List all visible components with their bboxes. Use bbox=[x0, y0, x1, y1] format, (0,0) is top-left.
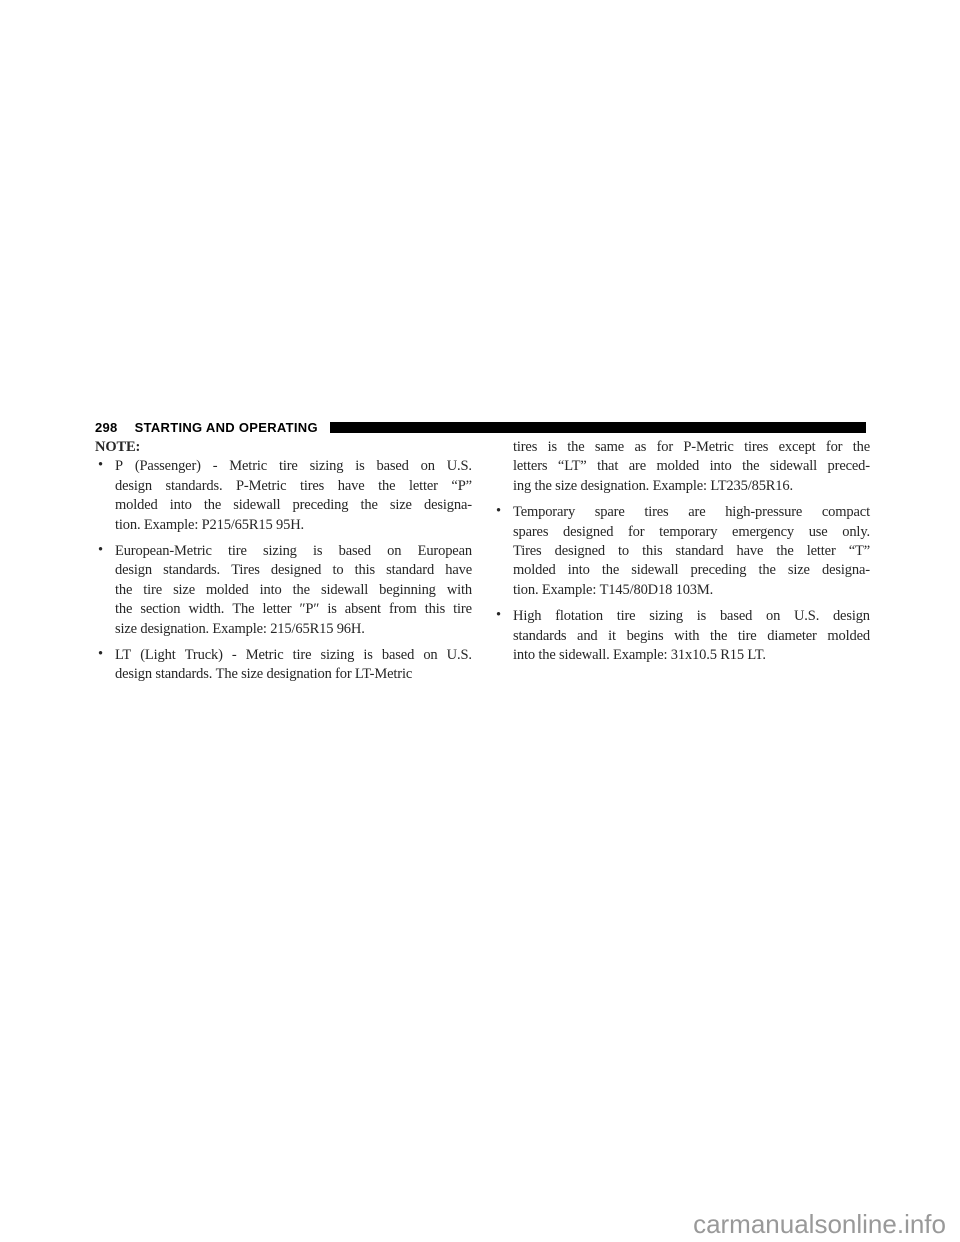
word: tires bbox=[513, 438, 537, 457]
text-line: tiresisthesameasforP-Metrictiresexceptfo… bbox=[513, 438, 870, 457]
word: preceding bbox=[691, 561, 747, 580]
word: into bbox=[260, 581, 282, 600]
word: - bbox=[213, 457, 218, 476]
word: 103M. bbox=[676, 581, 714, 600]
word: size bbox=[788, 561, 810, 580]
paragraph: tiresisthesameasforP-Metrictiresexceptfo… bbox=[493, 438, 870, 496]
text-columns: NOTE:•P(Passenger)-Metrictiresizingisbas… bbox=[95, 438, 870, 685]
word: with bbox=[447, 581, 472, 600]
word: “LT” bbox=[558, 457, 587, 476]
text-line: thesectionwidth.Theletter″P″isabsentfrom… bbox=[115, 600, 472, 619]
word: standard bbox=[386, 561, 434, 580]
word: molded bbox=[657, 457, 700, 476]
word: size bbox=[173, 581, 195, 600]
word: preced- bbox=[828, 457, 870, 476]
word: are bbox=[629, 457, 646, 476]
bullet-item: •Temporarysparetiresarehigh-pressurecomp… bbox=[493, 503, 870, 600]
word: Tires bbox=[231, 561, 260, 580]
word: letters bbox=[513, 457, 547, 476]
word: designation. bbox=[140, 620, 209, 639]
word: letter bbox=[263, 600, 292, 619]
word: this bbox=[355, 561, 375, 580]
word: have bbox=[445, 561, 472, 580]
word: sidewall. bbox=[559, 646, 610, 665]
text-line: moldedintothesidewallprecedingthesizedes… bbox=[513, 561, 870, 580]
word: tire bbox=[143, 581, 162, 600]
word: tion. bbox=[115, 516, 140, 535]
word: size bbox=[115, 620, 137, 639]
word: on bbox=[421, 457, 435, 476]
word: the bbox=[853, 438, 870, 457]
word: standards. bbox=[166, 477, 223, 496]
word: sidewall bbox=[631, 561, 678, 580]
word: is bbox=[313, 542, 322, 561]
word: to bbox=[618, 542, 629, 561]
word: Example: bbox=[212, 620, 266, 639]
word: Metric bbox=[229, 457, 267, 476]
word: sizing bbox=[321, 646, 355, 665]
word: with bbox=[674, 627, 699, 646]
bullet-icon: • bbox=[496, 606, 501, 625]
watermark-text: carmanualsonline.info bbox=[693, 1209, 946, 1240]
word: (Passenger) bbox=[135, 457, 201, 476]
word: molded bbox=[115, 496, 158, 515]
bullet-item: •P(Passenger)-MetrictiresizingisbasedonU… bbox=[95, 457, 472, 535]
word: design bbox=[833, 607, 870, 626]
word: sizing bbox=[649, 607, 683, 626]
word: this bbox=[642, 542, 662, 561]
word: design bbox=[115, 665, 152, 684]
bullet-icon: • bbox=[98, 456, 103, 475]
word: Tires bbox=[513, 542, 542, 561]
text-line: Temporarysparetiresarehigh-pressurecompa… bbox=[513, 503, 870, 522]
bullet-icon: • bbox=[98, 541, 103, 560]
word: it bbox=[608, 627, 616, 646]
word: tion. bbox=[513, 581, 538, 600]
word: the bbox=[204, 496, 221, 515]
left-column: NOTE:•P(Passenger)-Metrictiresizingisbas… bbox=[95, 438, 472, 685]
word: Truck) bbox=[185, 646, 223, 665]
word: tire bbox=[453, 600, 472, 619]
word: tire bbox=[738, 627, 757, 646]
text-line: designstandards.Tiresdesignedtothisstand… bbox=[115, 561, 472, 580]
word: R15 bbox=[720, 646, 744, 665]
word: P-Metric bbox=[236, 477, 286, 496]
word: the bbox=[602, 561, 619, 580]
word: sidewall bbox=[233, 496, 280, 515]
word: designation. bbox=[580, 477, 649, 496]
word: “P” bbox=[451, 477, 472, 496]
word: design bbox=[115, 561, 152, 580]
word: designed bbox=[271, 561, 321, 580]
word: for bbox=[628, 523, 644, 542]
word: the bbox=[567, 438, 584, 457]
word: tire bbox=[293, 646, 312, 665]
right-column: tiresisthesameasforP-Metrictiresexceptfo… bbox=[493, 438, 870, 685]
word: designa- bbox=[424, 496, 472, 515]
word: preceding bbox=[293, 496, 349, 515]
word: Example: bbox=[653, 477, 707, 496]
text-line: thetiresizemoldedintothesidewallbeginnin… bbox=[115, 581, 472, 600]
word: is bbox=[363, 646, 372, 665]
word: designa- bbox=[822, 561, 870, 580]
word: that bbox=[597, 457, 618, 476]
word: beginning bbox=[379, 581, 436, 600]
word: Example: bbox=[144, 516, 198, 535]
word: for bbox=[335, 665, 351, 684]
word: Temporary bbox=[513, 503, 575, 522]
word: sidewall bbox=[770, 457, 817, 476]
word: the bbox=[538, 646, 555, 665]
text-line: ingthesizedesignation.Example:LT235/85R1… bbox=[513, 477, 870, 496]
word: based bbox=[382, 646, 414, 665]
text-line: letters“LT”thataremoldedintothesidewallp… bbox=[513, 457, 870, 476]
word: spare bbox=[595, 503, 625, 522]
word: have bbox=[338, 477, 365, 496]
word: to bbox=[332, 561, 343, 580]
word: sizing bbox=[310, 457, 344, 476]
text-line: designstandards.ThesizedesignationforLT-… bbox=[115, 665, 472, 684]
word: the bbox=[776, 542, 793, 561]
word: Example: bbox=[542, 581, 596, 600]
page-header: 298 STARTING AND OPERATING bbox=[95, 420, 866, 435]
word: T145/80D18 bbox=[600, 581, 673, 600]
text-line: intothesidewall.Example:31x10.5R15LT. bbox=[513, 646, 870, 665]
word: P-Metric bbox=[683, 438, 733, 457]
word: ing bbox=[513, 477, 531, 496]
word: Metric bbox=[246, 646, 284, 665]
text-line: NOTE: bbox=[95, 438, 472, 457]
word: into bbox=[568, 561, 590, 580]
word: The bbox=[232, 600, 254, 619]
word: for bbox=[826, 438, 842, 457]
word: European bbox=[418, 542, 472, 561]
text-line: LT(LightTruck)-Metrictiresizingisbasedon… bbox=[115, 646, 472, 665]
word: is bbox=[548, 438, 557, 457]
bullet-icon: • bbox=[98, 645, 103, 664]
word: width. bbox=[188, 600, 224, 619]
word: (Light bbox=[140, 646, 175, 665]
word: tires bbox=[744, 438, 768, 457]
word: for bbox=[657, 438, 673, 457]
note-label: NOTE: bbox=[95, 438, 472, 457]
word: have bbox=[737, 542, 764, 561]
word: design bbox=[115, 477, 152, 496]
word: U.S. bbox=[794, 607, 819, 626]
word: LT bbox=[115, 646, 131, 665]
word: tires bbox=[644, 503, 668, 522]
word: based bbox=[720, 607, 752, 626]
word: sidewall bbox=[321, 581, 368, 600]
word: the bbox=[758, 561, 775, 580]
word: on bbox=[766, 607, 780, 626]
word: P215/65R15 bbox=[202, 516, 273, 535]
word: the bbox=[115, 600, 132, 619]
word: only. bbox=[842, 523, 870, 542]
bullet-icon: • bbox=[496, 502, 501, 521]
word: into bbox=[170, 496, 192, 515]
text-line: standardsanditbeginswiththetirediameterm… bbox=[513, 627, 870, 646]
bullet-item: •LT(LightTruck)-Metrictiresizingisbasedo… bbox=[95, 646, 472, 685]
text-line: Tiresdesignedtothisstandardhavetheletter… bbox=[513, 542, 870, 561]
word: designed bbox=[555, 542, 605, 561]
word: letter bbox=[807, 542, 836, 561]
word: molded bbox=[827, 627, 870, 646]
word: molded bbox=[513, 561, 556, 580]
word: this bbox=[425, 600, 445, 619]
word: size bbox=[555, 477, 577, 496]
word: begins bbox=[627, 627, 664, 646]
word: P bbox=[115, 457, 123, 476]
word: designation bbox=[266, 665, 331, 684]
word: standard bbox=[676, 542, 724, 561]
word: letter bbox=[409, 477, 438, 496]
text-line: HighflotationtiresizingisbasedonU.S.desi… bbox=[513, 607, 870, 626]
word: NOTE: bbox=[95, 438, 140, 457]
word: is bbox=[327, 600, 336, 619]
word: European-Metric bbox=[115, 542, 212, 561]
text-line: moldedintothesidewallprecedingthesizedes… bbox=[115, 496, 472, 515]
word: U.S. bbox=[447, 646, 472, 665]
word: diameter bbox=[767, 627, 817, 646]
word: 31x10.5 bbox=[671, 646, 717, 665]
word: absent bbox=[345, 600, 381, 619]
word: on bbox=[387, 542, 401, 561]
word: use bbox=[809, 523, 828, 542]
word: and bbox=[577, 627, 598, 646]
word: from bbox=[389, 600, 417, 619]
word: designed bbox=[563, 523, 613, 542]
word: High bbox=[513, 607, 541, 626]
word: the bbox=[293, 581, 310, 600]
word: size bbox=[241, 665, 263, 684]
word: into bbox=[710, 457, 732, 476]
word: standards. bbox=[155, 665, 212, 684]
word: flotation bbox=[555, 607, 603, 626]
word: LT235/85R16. bbox=[710, 477, 793, 496]
word: tire bbox=[228, 542, 247, 561]
section-title: STARTING AND OPERATING bbox=[135, 420, 318, 435]
word: based bbox=[339, 542, 371, 561]
text-line: sparesdesignedfortemporaryemergencyuseon… bbox=[513, 523, 870, 542]
text-line: P(Passenger)-MetrictiresizingisbasedonU.… bbox=[115, 457, 472, 476]
word: the bbox=[360, 496, 377, 515]
text-line: tion.Example:P215/65R1595H. bbox=[115, 516, 472, 535]
word: are bbox=[688, 503, 705, 522]
bullet-item: •HighflotationtiresizingisbasedonU.S.des… bbox=[493, 607, 870, 665]
word: compact bbox=[822, 503, 870, 522]
word: molded bbox=[206, 581, 249, 600]
text-line: European-MetrictiresizingisbasedonEurope… bbox=[115, 542, 472, 561]
word: spares bbox=[513, 523, 548, 542]
text-line: sizedesignation.Example:215/65R1596H. bbox=[115, 620, 472, 639]
word: tires bbox=[300, 477, 324, 496]
word: the bbox=[378, 477, 395, 496]
word: standards bbox=[513, 627, 566, 646]
manual-page: 298 STARTING AND OPERATING NOTE:•P(Passe… bbox=[0, 0, 960, 1242]
word: 96H. bbox=[337, 620, 365, 639]
word: the bbox=[115, 581, 132, 600]
word: emergency bbox=[732, 523, 794, 542]
word: The bbox=[216, 665, 238, 684]
word: is bbox=[697, 607, 706, 626]
word: U.S. bbox=[447, 457, 472, 476]
text-line: tion.Example:T145/80D18103M. bbox=[513, 581, 870, 600]
text-line: designstandards.P-Metrictireshavethelett… bbox=[115, 477, 472, 496]
word: section bbox=[140, 600, 180, 619]
word: Example: bbox=[613, 646, 667, 665]
word: LT. bbox=[747, 646, 765, 665]
word: - bbox=[232, 646, 237, 665]
word: standards. bbox=[163, 561, 220, 580]
word: tire bbox=[617, 607, 636, 626]
word: ″P″ bbox=[300, 600, 320, 619]
word: same bbox=[595, 438, 624, 457]
word: on bbox=[423, 646, 437, 665]
page-number: 298 bbox=[95, 420, 118, 435]
word: high-pressure bbox=[725, 503, 802, 522]
word: LT-Metric bbox=[355, 665, 412, 684]
word: temporary bbox=[659, 523, 717, 542]
word: size bbox=[390, 496, 412, 515]
word: as bbox=[634, 438, 646, 457]
header-rule-bar bbox=[330, 422, 866, 433]
word: the bbox=[742, 457, 759, 476]
word: 215/65R15 bbox=[270, 620, 333, 639]
word: except bbox=[779, 438, 816, 457]
word: into bbox=[513, 646, 535, 665]
bullet-item: •European-MetrictiresizingisbasedonEurop… bbox=[95, 542, 472, 639]
word: the bbox=[534, 477, 551, 496]
word: sizing bbox=[263, 542, 297, 561]
word: “T” bbox=[849, 542, 870, 561]
word: tire bbox=[279, 457, 298, 476]
word: 95H. bbox=[276, 516, 304, 535]
word: based bbox=[376, 457, 408, 476]
word: the bbox=[710, 627, 727, 646]
word: is bbox=[355, 457, 364, 476]
